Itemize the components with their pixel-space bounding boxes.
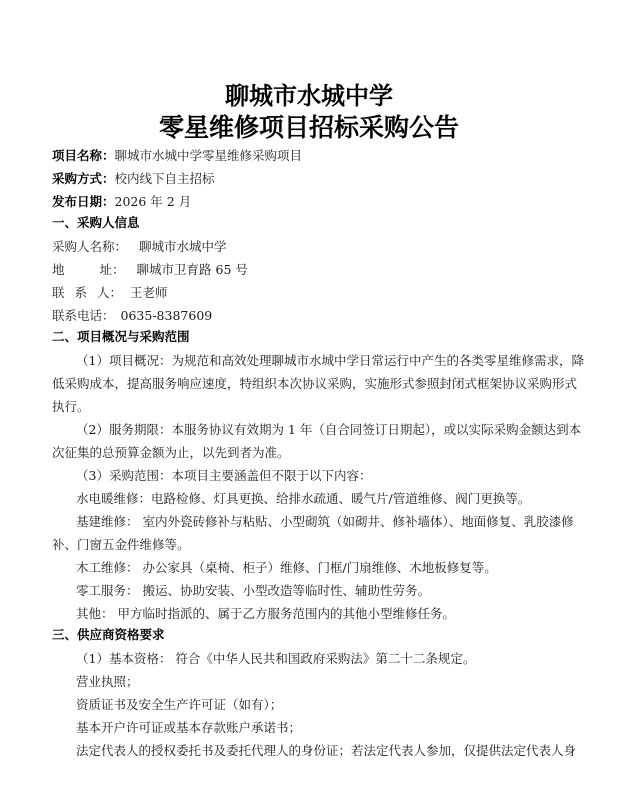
scope-label: 水电暖维修：: [76, 491, 151, 506]
buyer-name-row: 采购人名称：聊城市水城中学: [52, 239, 572, 255]
document-title-line1: 聊城市水城中学: [0, 79, 618, 113]
scope-text: 甲方临时指派的、属于乙方服务范围内的其他小型维修任务。: [114, 606, 455, 621]
section-heading-overview-scope: 二、项目概况与采购范围: [52, 329, 572, 345]
scope-intro: （3）采购范围：本项目主要涵盖但不限于以下内容：: [76, 468, 596, 484]
overview-line2: 低采购成本，提高服务响应速度，特组织本次协议采购，实施形式参照封闭式框架协议采购…: [52, 376, 572, 392]
phone-value: 0635-8387609: [121, 308, 213, 323]
scope-item-construction: 基建维修： 室内外瓷砖修补与粘贴、小型砌筑（如砌井、修补墙体）、地面修复、乳胶漆…: [76, 514, 596, 530]
scope-text: 办公家具（桌椅、柜子）维修、门框/门扇维修、木地板修复等。: [139, 560, 497, 575]
publish-date-value: 2026 年 2 月: [115, 194, 192, 209]
scope-label: 其他：: [76, 606, 114, 621]
section-heading-supplier-qualifications: 三、供应商资格要求: [52, 627, 572, 643]
project-name-value: 聊城市水城中学零星维修采购项目: [115, 148, 303, 163]
address-label-b: 址：: [100, 262, 125, 277]
scope-text: 室内外瓷砖修补与粘贴、小型砌筑（如砌井、修补墙体）、地面修复、乳胶漆修: [139, 514, 574, 529]
phone-label: 联系电话：: [52, 308, 115, 323]
publish-date-row: 发布日期：2026 年 2 月: [52, 194, 572, 210]
phone-row: 联系电话：0635-8387609: [52, 308, 572, 324]
scope-label: 基建维修：: [76, 514, 139, 529]
qualification-item: 营业执照；: [76, 674, 596, 690]
address-label-a: 地: [52, 262, 65, 277]
service-period-line2: 次征集的总预算金额为止，以先到者为准。: [52, 445, 572, 461]
buyer-name-label: 采购人名称：: [52, 239, 127, 254]
scope-item-labor: 零工服务： 搬运、协助安装、小型改造等临时性、辅助性劳务。: [76, 583, 596, 599]
buyer-name-value: 聊城市水城中学: [139, 239, 227, 254]
publish-date-label: 发布日期：: [52, 194, 115, 209]
scope-item-carpentry: 木工维修： 办公家具（桌椅、柜子）维修、门框/门扇维修、木地板修复等。: [76, 560, 596, 576]
contact-label-a: 联: [52, 285, 65, 300]
scope-label: 木工维修：: [76, 560, 139, 575]
qualification-item: 资质证书及安全生产许可证（如有）；: [76, 697, 596, 713]
basic-qualification: （1）基本资格： 符合《中华人民共和国政府采购法》第二十二条规定。: [76, 651, 596, 667]
service-period-line1: （2）服务期限：本服务协议有效期为 1 年（自合同签订日期起），或以实际采购金额…: [76, 422, 596, 438]
qualification-item: 法定代表人的授权委托书及委托代理人的身份证；若法定代表人参加，仅提供法定代表人身: [76, 743, 596, 759]
address-row: 地址：聊城市卫育路 65 号: [52, 262, 572, 278]
scope-label: 零工服务：: [76, 583, 139, 598]
qualification-item: 基本开户许可证或基本存款账户承诺书；: [76, 720, 596, 736]
scope-item-construction-cont: 补、门窗五金件维修等。: [52, 537, 572, 553]
address-value: 聊城市卫育路 65 号: [137, 262, 248, 277]
contact-value: 王老师: [130, 285, 168, 300]
contact-label-c: 人：: [97, 285, 122, 300]
scope-item-other: 其他： 甲方临时指派的、属于乙方服务范围内的其他小型维修任务。: [76, 606, 596, 622]
project-name-row: 项目名称：聊城市水城中学零星维修采购项目: [52, 148, 572, 164]
scope-text: 搬运、协助安装、小型改造等临时性、辅助性劳务。: [139, 583, 430, 598]
section-heading-buyer-info: 一、采购人信息: [52, 215, 572, 231]
contact-row: 联系人：王老师: [52, 285, 572, 301]
scope-text: 电路检修、灯具更换、给排水疏通、暖气片/管道维修、阀门更换等。: [151, 491, 530, 506]
document-title-line2: 零星维修项目招标采购公告: [0, 111, 618, 145]
document-page: 聊城市水城中学 零星维修项目招标采购公告 项目名称：聊城市水城中学零星维修采购项…: [0, 0, 618, 800]
contact-label-b: 系: [75, 285, 88, 300]
overview-line1: （1）项目概况：为规范和高效处理聊城市水城中学日常运行中产生的各类零星维修需求，…: [76, 353, 596, 369]
project-name-label: 项目名称：: [52, 148, 115, 163]
procurement-method-row: 采购方式：校内线下自主招标: [52, 171, 572, 187]
overview-line3: 执行。: [52, 399, 572, 415]
procurement-method-value: 校内线下自主招标: [115, 171, 215, 186]
scope-item-plumbing-electrical: 水电暖维修：电路检修、灯具更换、给排水疏通、暖气片/管道维修、阀门更换等。: [76, 491, 596, 507]
procurement-method-label: 采购方式：: [52, 171, 115, 186]
